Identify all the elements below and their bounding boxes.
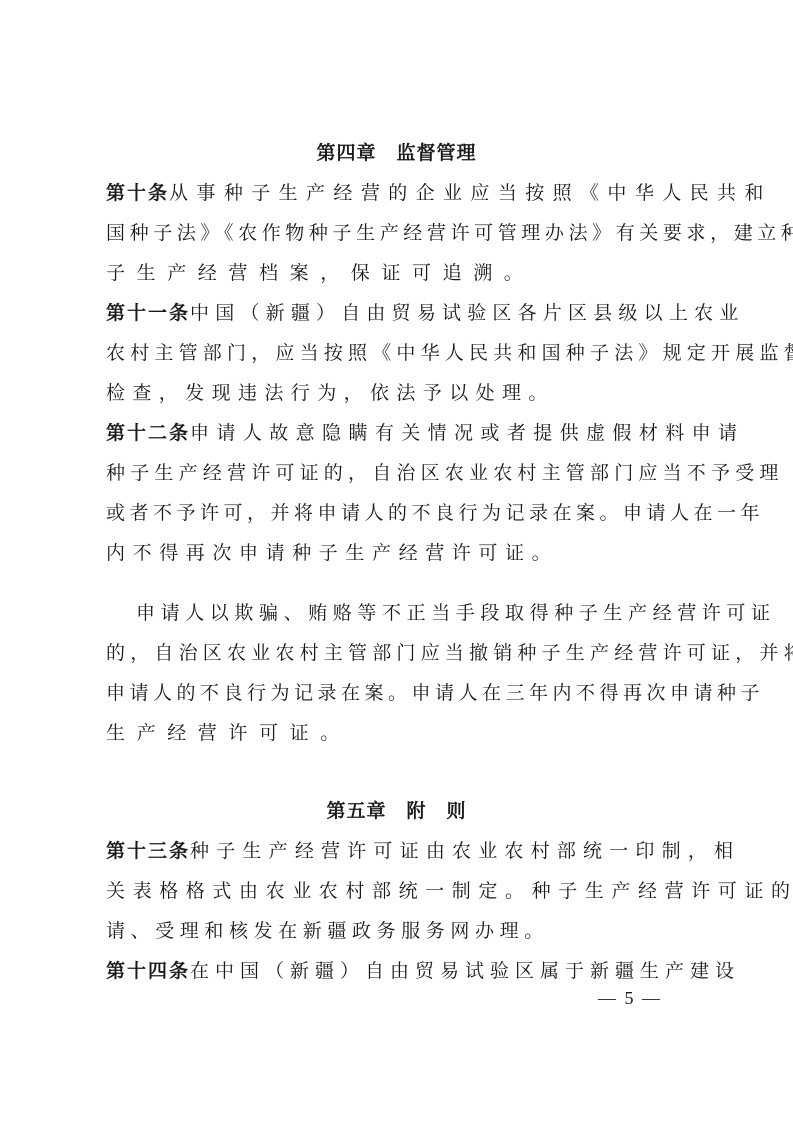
article-13-line-2: 关表格格式由农业农村部统一制定。种子生产经营许可证的申 (106, 876, 690, 906)
page-number: — 5 — (598, 988, 662, 1009)
article-12-line-4: 内不得再次申请种子生产经营许可证。 (106, 538, 690, 568)
article-13-label: 第十三条 (106, 836, 190, 866)
article-12-line-3: 或者不予许可，并将申请人的不良行为记录在案。申请人在一年 (106, 498, 690, 528)
article-11-line-3: 检查，发现违法行为，依法予以处理。 (106, 378, 690, 408)
chapter-5-heading: 第五章 附 则 (0, 796, 793, 823)
article-12-para2-line-4: 生产经营许可证。 (106, 718, 690, 748)
chapter-4-heading: 第四章 监督管理 (0, 138, 793, 165)
article-12-para2-line-2: 的，自治区农业农村主管部门应当撤销种子生产经营许可证，并将 (106, 638, 690, 668)
article-13-line-1: 第十三条 种子生产经营许可证由农业农村部统一印制，相 (106, 836, 690, 866)
article-14-line-1: 第十四条 在中国（新疆）自由贸易试验区属于新疆生产建设 (106, 956, 690, 986)
article-11-line-2: 农村主管部门，应当按照《中华人民共和国种子法》规定开展监督 (106, 338, 690, 368)
document-page: 第四章 监督管理 第十条 从事种子生产经营的企业应当按照《中华人民共和 国种子法… (0, 0, 793, 1122)
article-12-line-2: 种子生产经营许可证的，自治区农业农村主管部门应当不予受理 (106, 458, 690, 488)
article-12-line-1: 第十二条 申请人故意隐瞒有关情况或者提供虚假材料申请 (106, 418, 690, 448)
article-12-para2-line-1: 申请人以欺骗、贿赂等不正当手段取得种子生产经营许可证 (136, 598, 690, 628)
article-10-text-1: 从事种子生产经营的企业应当按照《中华人民共和 (169, 178, 772, 208)
article-10-line-1: 第十条 从事种子生产经营的企业应当按照《中华人民共和 (106, 178, 690, 208)
article-10-line-3: 子生产经营档案，保证可追溯。 (106, 258, 690, 288)
article-14-label: 第十四条 (106, 956, 190, 986)
article-11-label: 第十一条 (106, 298, 190, 328)
article-10-line-2: 国种子法》《农作物种子生产经营许可管理办法》有关要求，建立种 (106, 218, 690, 248)
article-11-line-1: 第十一条 中国（新疆）自由贸易试验区各片区县级以上农业 (106, 298, 690, 328)
article-10-label: 第十条 (106, 178, 169, 208)
article-12-label: 第十二条 (106, 418, 190, 448)
article-13-line-3: 请、受理和核发在新疆政务服务网办理。 (106, 916, 690, 946)
article-12-para2-line-3: 申请人的不良行为记录在案。申请人在三年内不得再次申请种子 (106, 678, 690, 708)
